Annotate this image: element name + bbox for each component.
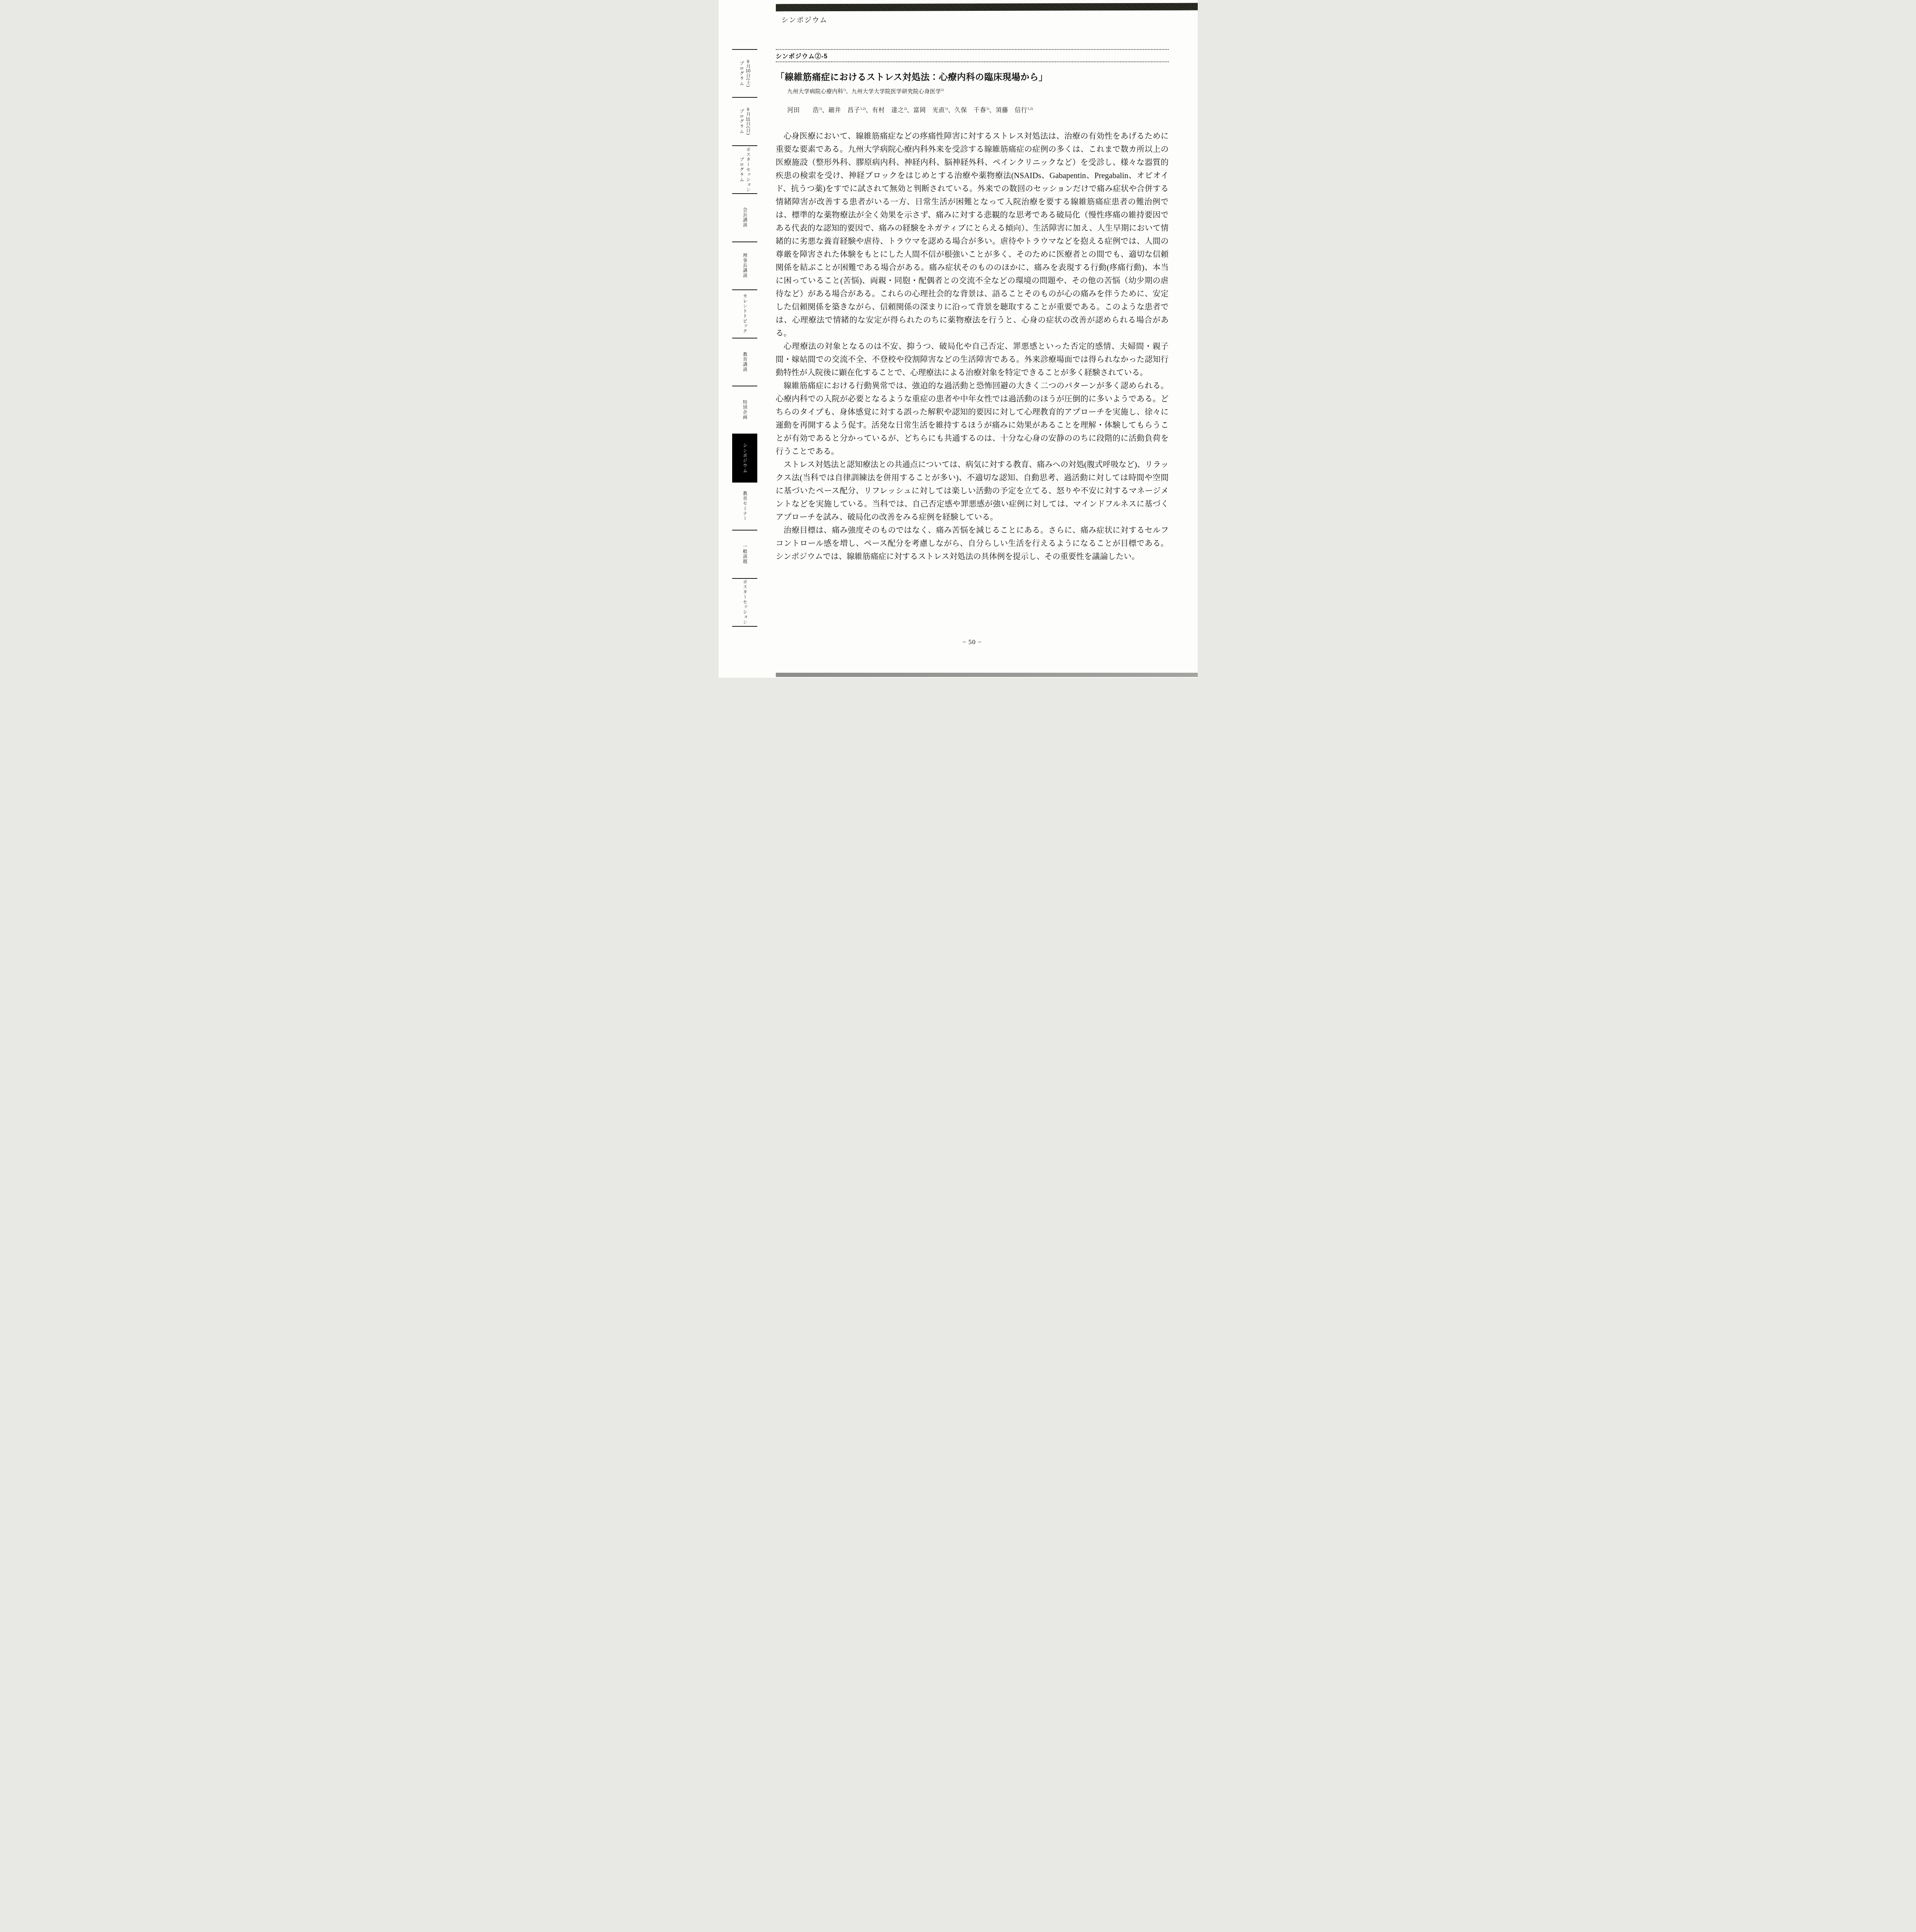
sidebar-item-program-sep11: 9月11日(日) プログラム [732,98,757,146]
sidebar-item-label: 9月11日(日) プログラム [738,107,751,136]
sidebar-item-chairman-lecture: 理事長講演 [732,242,757,290]
affiliation-separator: 、 [846,89,852,95]
sidebar-item-poster-session: ポスターセッション [732,579,757,627]
sidebar-item-label: ポスターセッション プログラム [738,147,751,192]
author-separator: 、 [822,107,829,114]
sidebar-item-label: ポスターセッション [741,580,748,625]
abstract-paragraph: 線維筋痛症における行動異常では、強迫的な過活動と恐怖回避の大きく二つのパターンが… [776,379,1169,458]
sidebar-item-program-sep10: 9月10日(土) プログラム [732,50,757,98]
affiliation: 九州大学大学院医学研究院心身医学 [852,89,941,95]
section-running-head: シンポジウム [782,15,828,25]
author-separator: 、 [866,107,872,114]
abstract-paragraph: 治療目標は、痛み強度そのものではなく、痛み苦悩を減じることにある。さらに、痛み症… [776,524,1169,563]
sidebar-item-current-topic: カレントトピック [732,290,757,338]
sidebar-item-educational-seminar: 教育セミナー [732,483,757,531]
bottom-decorative-bar [776,673,1198,677]
sidebar-item-educational-lecture: 教育講演 [732,338,757,386]
affiliation-line: 九州大学病院心療内科1)、九州大学大学院医学研究院心身医学2) [787,87,944,95]
sidebar-item-presidential-lecture: 会長講演 [732,194,757,242]
sidebar-item-label: 教育セミナー [741,491,748,521]
authors-line: 河田 浩1)、細井 昌子1,2)、有村 達之2)、富岡 光直1)、久保 千春1)… [787,105,1033,114]
top-decorative-bar [776,3,1198,12]
author-superscript: 1,2) [1027,107,1033,111]
abstract-body: 心身医療において、線維筋痛症などの疼痛性障害に対するストレス対処法は、治療の有効… [776,130,1169,563]
author-superscript: 1,2) [860,107,866,111]
author-name: 有村 達之 [872,107,904,114]
abstract-paragraph: ストレス対処法と認知療法との共通点については、病気に対する教育、痛みへの対処(腹… [776,458,1169,524]
scanned-proceedings-page: シンポジウム 9月10日(土) プログラム 9月11日(日) プログラム ポスタ… [719,0,1198,678]
sidebar-item-symposium-active: シンポジウム [732,434,757,482]
abstract-paragraph: 心身医療において、線維筋痛症などの疼痛性障害に対するストレス対処法は、治療の有効… [776,130,1169,340]
author-superscript: 1) [819,107,822,111]
author-separator: 、 [989,107,996,114]
session-number-header: シンポジウム②-5 [776,49,1169,62]
abstract-paragraph: 心理療法の対象となるのは不安、抑うつ、破局化や自己否定、罪悪感といった否定的感情… [776,340,1169,379]
author-superscript: 1) [945,107,948,111]
sidebar-item-label: 教育講演 [741,352,748,372]
affiliation: 九州大学病院心療内科 [787,89,843,95]
side-tab-index: 9月10日(土) プログラム 9月11日(日) プログラム ポスターセッション … [732,49,757,627]
sidebar-item-label: カレントトピック [741,294,748,334]
author-name: 須藤 信行 [996,107,1028,114]
sidebar-item-label: 特別企画 [741,400,748,420]
abstract-title: 「線維筋痛症におけるストレス対処法：心療内科の臨床現場から」 [776,70,1169,83]
sidebar-item-special-program: 特別企画 [732,386,757,434]
author-name: 河田 浩 [787,107,819,114]
session-number-label: シンポジウム②-5 [776,53,828,60]
author-separator: 、 [907,107,913,114]
author-name: 富岡 光直 [913,107,945,114]
author-name: 細井 昌子 [828,107,860,114]
author-separator: 、 [948,107,955,114]
sidebar-item-label: 会長講演 [741,207,748,228]
affiliation-superscript: 2) [941,88,944,92]
sidebar-item-label: 9月10日(土) プログラム [738,60,751,88]
sidebar-item-label: 一般演題 [741,544,748,564]
sidebar-item-label: シンポジウム [741,443,748,473]
author-name: 久保 千春 [954,107,986,114]
sidebar-item-label: 理事長講演 [741,253,748,278]
page-number: − 50 − [776,638,1169,646]
sidebar-item-general-presentations: 一般演題 [732,531,757,578]
sidebar-item-poster-session-program: ポスターセッション プログラム [732,146,757,194]
